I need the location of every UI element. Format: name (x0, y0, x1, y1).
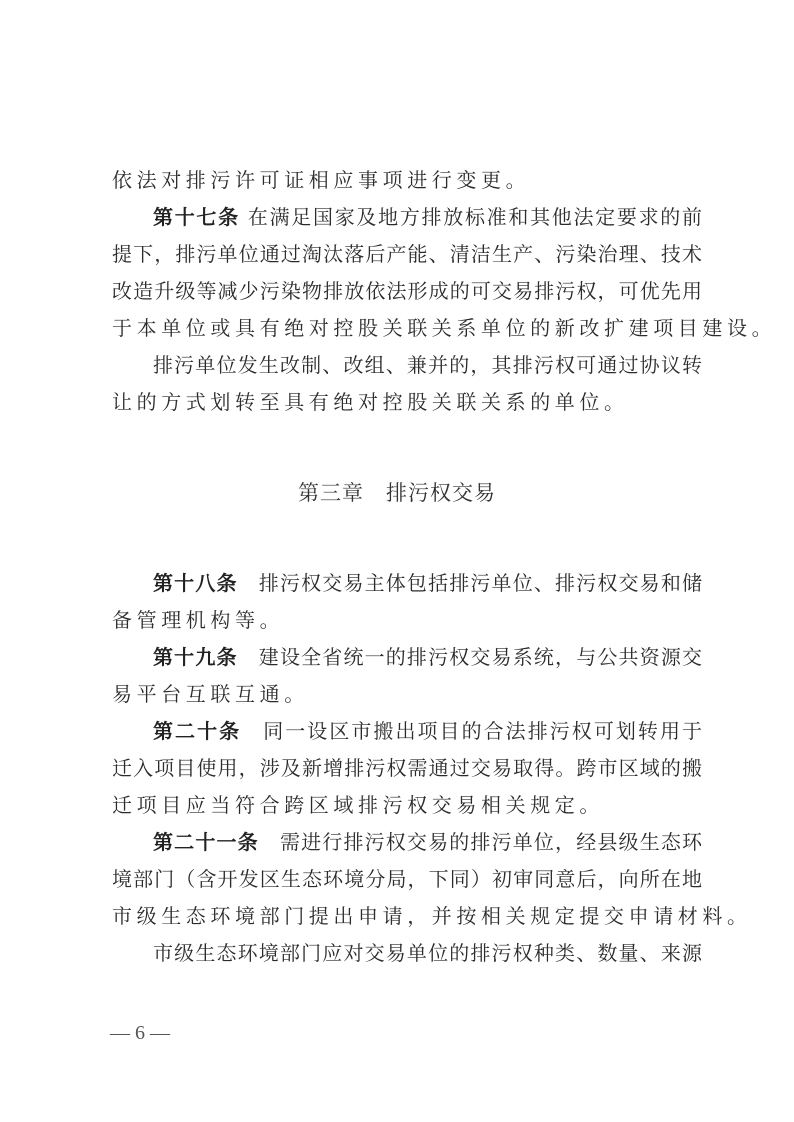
article-number: 第十八条 (153, 571, 238, 595)
article-20-line: 第二十条 同一设区市搬出项目的合法排污权可划转用于 (153, 716, 702, 746)
text-line: 让的方式划转至具有绝对控股关联关系的单位。 (112, 387, 702, 417)
line-text: 提下，排污单位通过淘汰落后产能、清洁生产、污染治理、技术 (112, 242, 702, 266)
line-text: 建设全省统一的排污权交易系统，与公共资源交 (238, 645, 702, 669)
text-line: 市级生态环境部门提出申请，并按相关规定提交申请材料。 (112, 901, 702, 931)
line-text: 迁项目应当符合跨区域排污权交易相关规定。 (112, 793, 604, 817)
line-text: 易平台互联互通。 (112, 682, 309, 706)
article-17-line: 第十七条 在满足国家及地方排放标准和其他法定要求的前 (153, 202, 702, 232)
line-text: 市级生态环境部门提出申请，并按相关规定提交申请材料。 (112, 904, 752, 928)
article-number: 第二十一条 (153, 830, 259, 854)
text-line: 迁入项目使用，涉及新增排污权需通过交易取得。跨市区域的搬 (112, 753, 702, 783)
line-text: 在满足国家及地方排放标准和其他法定要求的前 (240, 205, 702, 229)
line-text: 于本单位或具有绝对控股关联关系单位的新改扩建项目建设。 (112, 316, 776, 340)
text-line: 改造升级等减少污染物排放依法形成的可交易排污权，可优先用 (112, 276, 702, 306)
article-21-line: 第二十一条 需进行排污权交易的排污单位，经县级生态环 (153, 827, 702, 857)
line-text: 迁入项目使用，涉及新增排污权需通过交易取得。跨市区域的搬 (112, 756, 702, 780)
text-line: 排污单位发生改制、改组、兼并的，其排污权可通过协议转 (153, 350, 702, 380)
text-line: 备管理机构等。 (112, 605, 702, 635)
chapter-heading: 第三章排污权交易 (0, 478, 794, 508)
article-number: 第二十条 (153, 719, 241, 743)
article-18-line: 第十八条 排污权交易主体包括排污单位、排污权交易和储 (153, 568, 702, 598)
text-line: 市级生态环境部门应对交易单位的排污权种类、数量、来源 (153, 938, 702, 968)
text-line: 境部门（含开发区生态环境分局，下同）初审同意后，向所在地 (112, 864, 702, 894)
line-text: 备管理机构等。 (112, 608, 284, 632)
line-text: 排污单位发生改制、改组、兼并的，其排污权可通过协议转 (153, 353, 702, 377)
line-text: 市级生态环境部门应对交易单位的排污权种类、数量、来源 (153, 941, 702, 965)
text-line: 迁项目应当符合跨区域排污权交易相关规定。 (112, 790, 702, 820)
line-text: 同一设区市搬出项目的合法排污权可划转用于 (241, 719, 702, 743)
article-19-line: 第十九条 建设全省统一的排污权交易系统，与公共资源交 (153, 642, 702, 672)
chapter-title: 排污权交易 (386, 481, 496, 505)
line-text: 依法对排污许可证相应事项进行变更。 (112, 168, 530, 192)
text-line: 于本单位或具有绝对控股关联关系单位的新改扩建项目建设。 (112, 313, 702, 343)
chapter-number: 第三章 (298, 481, 364, 505)
document-page: 依法对排污许可证相应事项进行变更。 第十七条 在满足国家及地方排放标准和其他法定… (0, 0, 794, 1122)
text-line: 提下，排污单位通过淘汰落后产能、清洁生产、污染治理、技术 (112, 239, 702, 269)
line-text: 排污权交易主体包括排污单位、排污权交易和储 (238, 571, 702, 595)
line-text: 需进行排污权交易的排污单位，经县级生态环 (259, 830, 702, 854)
line-text: 境部门（含开发区生态环境分局，下同）初审同意后，向所在地 (112, 867, 702, 891)
article-number: 第十七条 (153, 205, 240, 229)
text-line: 易平台互联互通。 (112, 679, 702, 709)
line-text: 让的方式划转至具有绝对控股关联关系的单位。 (112, 390, 629, 414)
text-line: 依法对排污许可证相应事项进行变更。 (112, 165, 702, 195)
page-number: — 6 — (110, 1018, 170, 1048)
article-number: 第十九条 (153, 645, 238, 669)
line-text: 改造升级等减少污染物排放依法形成的可交易排污权，可优先用 (112, 279, 702, 303)
